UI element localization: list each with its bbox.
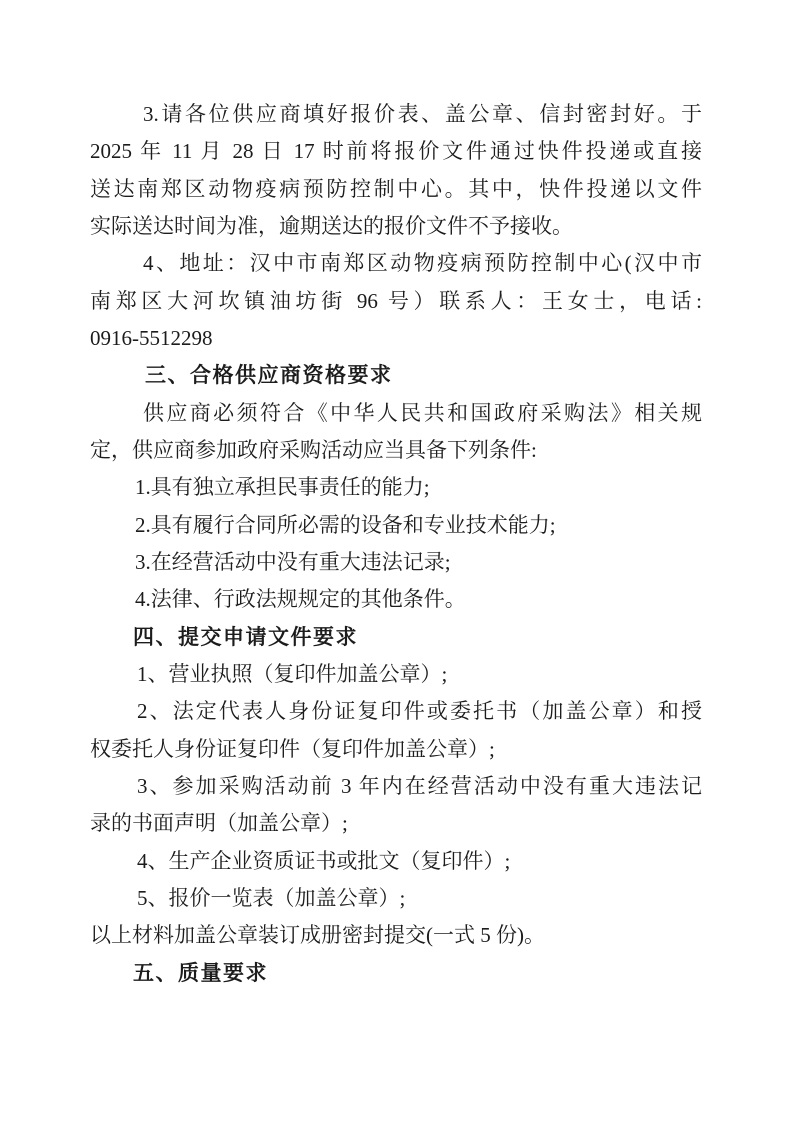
body-line: 供应商必须符合《中华人民共和国政府采购法》相关规 <box>90 395 702 432</box>
document-text-column: 3.请各位供应商填好报价表、盖公章、信封密封好。于 2025 年 11 月 28… <box>90 96 702 992</box>
body-line: 南郑区大河坎镇油坊街 96 号）联系人：王女士，电话: <box>90 283 702 320</box>
list-item: 2、法定代表人身份证复印件或委托书（加盖公章）和授 <box>90 693 702 730</box>
phone-number-line: 0916-5512298 <box>90 320 702 357</box>
list-item: 1、营业执照（复印件加盖公章）; <box>90 656 702 693</box>
list-item: 4.法律、行政法规规定的其他条件。 <box>90 581 702 618</box>
body-line: 送达南郑区动物疫病预防控制中心。其中，快件投递以文件 <box>90 171 702 208</box>
body-line: 定，供应商参加政府采购活动应当具备下列条件: <box>90 432 702 469</box>
list-item: 1.具有独立承担民事责任的能力; <box>90 469 702 506</box>
body-line: 以上材料加盖公章装订成册密封提交(一式 5 份)。 <box>90 917 702 954</box>
body-line: 3.请各位供应商填好报价表、盖公章、信封密封好。于 <box>90 96 702 133</box>
list-item: 5、报价一览表（加盖公章）; <box>90 880 702 917</box>
section-heading-4: 四、提交申请文件要求 <box>90 619 702 656</box>
list-item: 3.在经营活动中没有重大违法记录; <box>90 544 702 581</box>
document-page: 3.请各位供应商填好报价表、盖公章、信封密封好。于 2025 年 11 月 28… <box>0 0 792 1121</box>
list-item: 2.具有履行合同所必需的设备和专业技术能力; <box>90 507 702 544</box>
body-line: 4、地址：汉中市南郑区动物疫病预防控制中心(汉中市 <box>90 245 702 282</box>
body-line: 2025 年 11 月 28 日 17 时前将报价文件通过快件投递或直接 <box>90 133 702 170</box>
list-item-continuation: 录的书面声明（加盖公章）; <box>90 805 702 842</box>
list-item: 3、参加采购活动前 3 年内在经营活动中没有重大违法记 <box>90 768 702 805</box>
body-line: 实际送达时间为准，逾期送达的报价文件不予接收。 <box>90 208 702 245</box>
section-heading-5: 五、质量要求 <box>90 955 702 992</box>
section-heading-3: 三、合格供应商资格要求 <box>90 357 702 394</box>
list-item-continuation: 权委托人身份证复印件（复印件加盖公章）; <box>90 731 702 768</box>
list-item: 4、生产企业资质证书或批文（复印件）; <box>90 843 702 880</box>
